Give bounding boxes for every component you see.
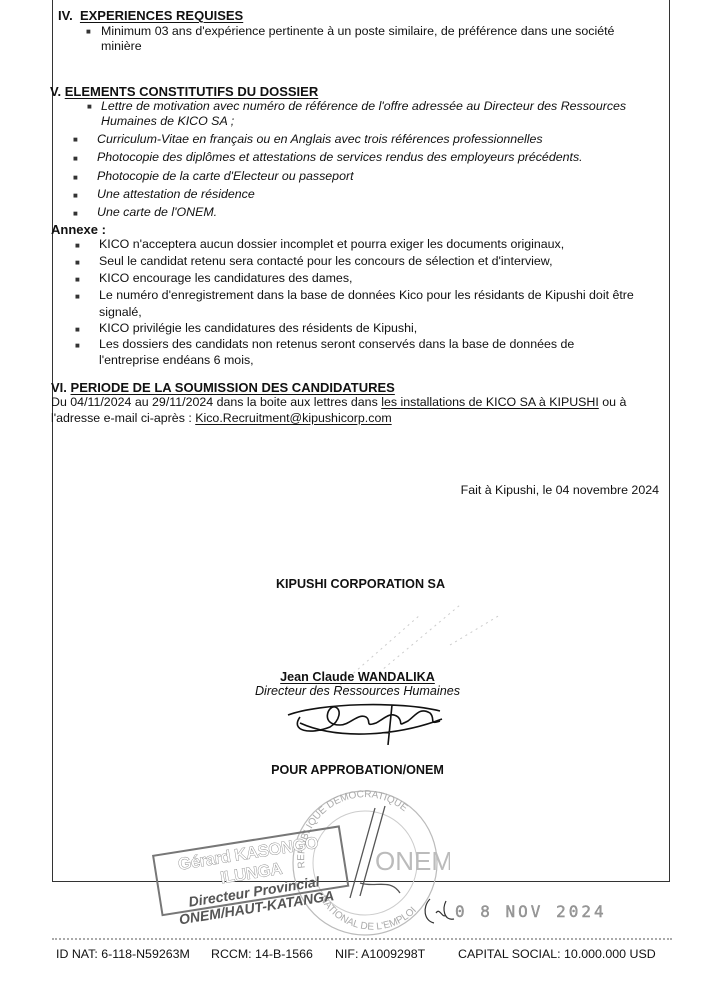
list-item-continued: minière xyxy=(101,39,142,53)
list-item: Une attestation de résidence xyxy=(97,187,255,201)
section-number: V. xyxy=(50,84,61,99)
email-link[interactable]: Kico.Recruitment@kipushicorp.com xyxy=(195,411,391,425)
initials-icon xyxy=(420,895,460,927)
signature-icon xyxy=(280,695,450,745)
list-item: KICO n'acceptera aucun dossier incomplet… xyxy=(99,237,564,251)
bullet-icon: ■ xyxy=(75,259,80,267)
list-item: Lettre de motivation avec numéro de réfé… xyxy=(101,99,626,113)
svg-text:ONEM: ONEM xyxy=(375,846,450,876)
list-item: Photocopie des diplômes et attestations … xyxy=(97,150,583,164)
list-item-continued: Humaines de KICO SA ; xyxy=(101,114,234,128)
list-item: Une carte de l'ONEM. xyxy=(97,205,217,219)
text: ou à xyxy=(599,395,627,409)
list-item: Seul le candidat retenu sera contacté po… xyxy=(99,254,553,268)
list-item-continued: signalé, xyxy=(99,305,142,319)
bullet-icon: ■ xyxy=(73,192,78,200)
footer-nif: NIF: A1009298T xyxy=(335,947,425,961)
annexe-heading: Annexe : xyxy=(51,222,106,237)
footer-capital: CAPITAL SOCIAL: 10.000.000 USD xyxy=(458,947,656,961)
signatory-name: Jean Claude WANDALIKA xyxy=(0,670,711,684)
text: Du 04/11/2024 au 29/11/2024 dans la boit… xyxy=(51,395,381,409)
submission-period-text: Du 04/11/2024 au 29/11/2024 dans la boit… xyxy=(51,395,626,409)
section-number: VI. xyxy=(51,380,67,395)
list-item: Photocopie de la carte d'Electeur ou pas… xyxy=(97,169,354,183)
location-link: les installations de KICO SA à KIPUSHI xyxy=(381,395,599,409)
list-item: Minimum 03 ans d'expérience pertinente à… xyxy=(101,24,614,38)
list-item: KICO encourage les candidatures des dame… xyxy=(99,271,352,285)
section-number: IV. xyxy=(58,8,73,23)
footer-id-nat: ID NAT: 6-118-N59263M xyxy=(56,947,190,961)
section-iv-heading: IV. EXPERIENCES REQUISES xyxy=(58,8,243,23)
bullet-icon: ■ xyxy=(75,326,80,334)
bullet-icon: ■ xyxy=(75,293,80,301)
section-v-heading: V. ELEMENTS CONSTITUTIFS DU DOSSIER xyxy=(50,84,318,99)
submission-email-line: l'adresse e-mail ci-après : Kico.Recruit… xyxy=(51,411,392,425)
approval-label: POUR APPROBATION/ONEM xyxy=(0,763,711,777)
bullet-icon: ■ xyxy=(73,174,78,182)
bullet-icon: ■ xyxy=(75,276,80,284)
place-date: Fait à Kipushi, le 04 novembre 2024 xyxy=(461,483,659,497)
section-title: ELEMENTS CONSTITUTIFS DU DOSSIER xyxy=(65,84,319,99)
list-item: Les dossiers des candidats non retenus s… xyxy=(99,337,574,351)
footer-rccm: RCCM: 14-B-1566 xyxy=(211,947,313,961)
bullet-icon: ■ xyxy=(87,103,92,111)
bullet-icon: ■ xyxy=(86,28,91,36)
section-title: PERIODE DE LA SOUMISSION DES CANDIDATURE… xyxy=(71,380,395,395)
list-item: Curriculum-Vitae en français ou en Angla… xyxy=(97,132,543,146)
bullet-icon: ■ xyxy=(75,242,80,250)
section-title: EXPERIENCES REQUISES xyxy=(80,8,243,23)
list-item-continued: l'entreprise endéans 6 mois, xyxy=(99,353,254,367)
bullet-icon: ■ xyxy=(75,342,80,350)
bullet-icon: ■ xyxy=(73,155,78,163)
date-stamp: 0 8 NOV 2024 xyxy=(455,902,607,921)
footer-divider xyxy=(52,938,672,940)
text: l'adresse e-mail ci-après : xyxy=(51,411,195,425)
list-item: Le numéro d'enregistrement dans la base … xyxy=(99,288,634,302)
bullet-icon: ■ xyxy=(73,210,78,218)
section-vi-heading: VI. PERIODE DE LA SOUMISSION DES CANDIDA… xyxy=(51,380,395,395)
list-item: KICO privilégie les candidatures des rés… xyxy=(99,321,417,335)
bullet-icon: ■ xyxy=(73,136,78,144)
